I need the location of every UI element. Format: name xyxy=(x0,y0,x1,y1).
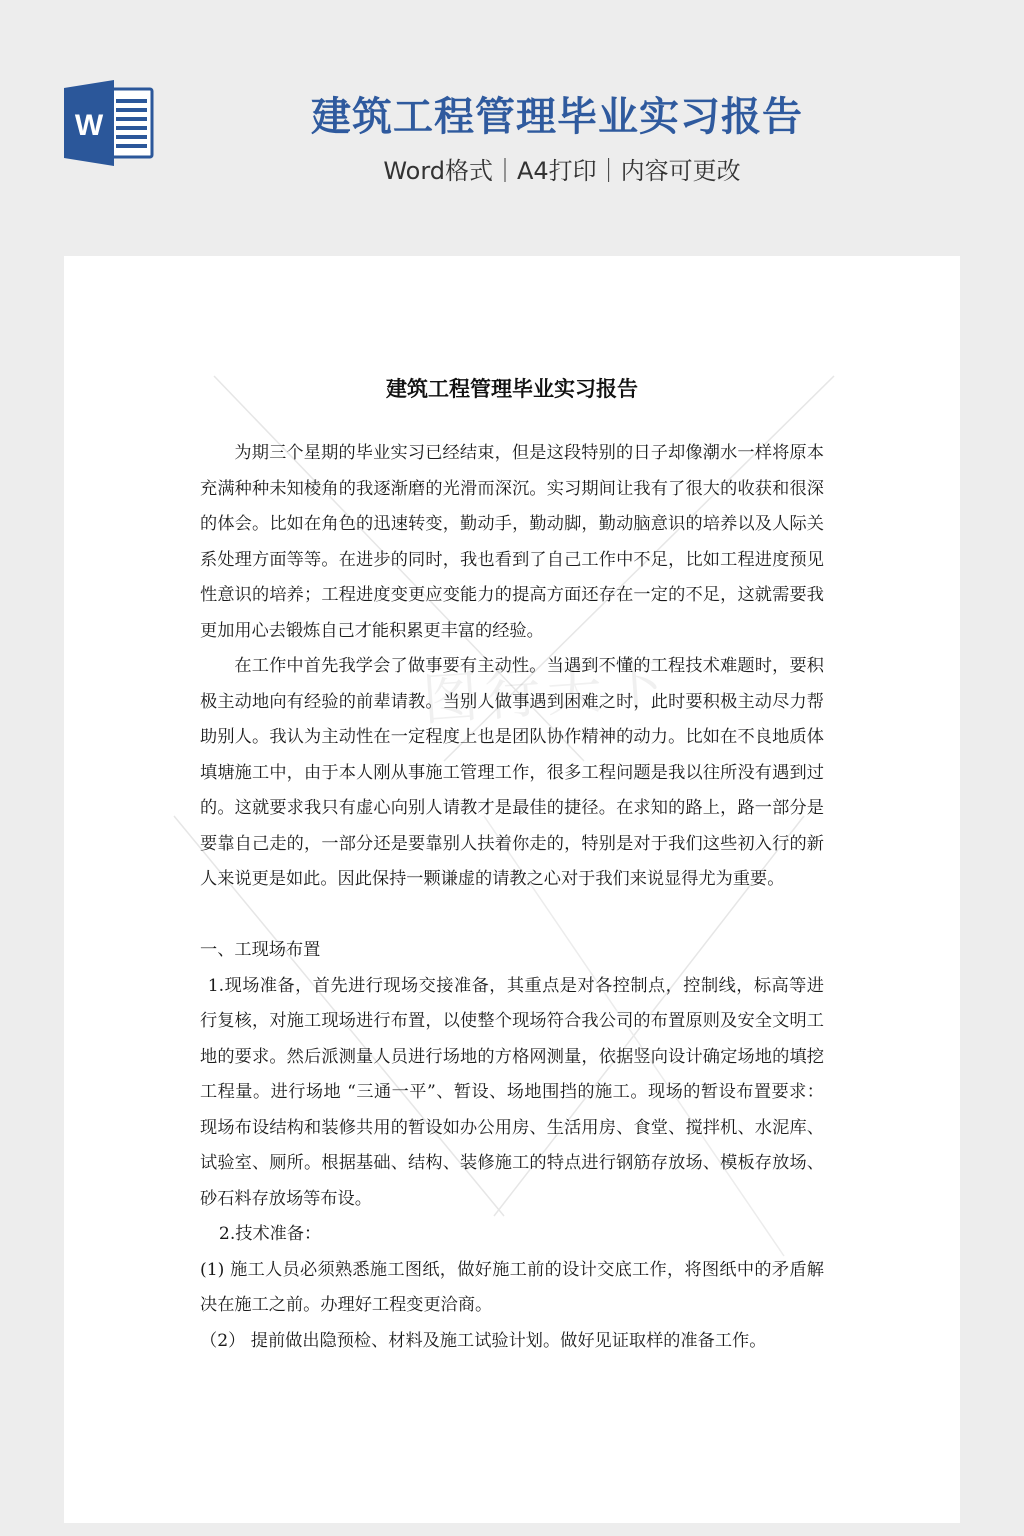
banner-title: 建筑工程管理毕业实习报告 xyxy=(0,92,1024,142)
paragraph: 为期三个星期的毕业实习已经结束，但是这段特别的日子却像潮水一样将原本充满种种未知… xyxy=(200,436,824,649)
banner-subtitle: Word格式｜A4打印｜内容可更改 xyxy=(0,154,1024,188)
list-item-heading: 2.技术准备： xyxy=(200,1217,824,1253)
list-item: 1.现场准备，首先进行现场交接准备，其重点是对各控制点，控制线，标高等进行复核，… xyxy=(200,969,824,1218)
preview-banner: W 建筑工程管理毕业实习报告 Word格式｜A4打印｜内容可更改 xyxy=(0,0,1024,256)
blank-line xyxy=(200,898,824,934)
document-body: 为期三个星期的毕业实习已经结束，但是这段特别的日子却像潮水一样将原本充满种种未知… xyxy=(200,436,824,1359)
sub-item: （2） 提前做出隐预检、材料及施工试验计划。做好见证取样的准备工作。 xyxy=(200,1324,824,1360)
sub-item: (1) 施工人员必须熟悉施工图纸，做好施工前的设计交底工作，将图纸中的矛盾解决在… xyxy=(200,1253,824,1324)
document-page: 图行天下 建筑工程管理毕业实习报告 为期三个星期的毕业实习已经结束，但是这段特别… xyxy=(64,256,960,1523)
section-heading: 一、工现场布置 xyxy=(200,933,824,969)
paragraph: 在工作中首先我学会了做事要有主动性。当遇到不懂的工程技术难题时，要积极主动地向有… xyxy=(200,649,824,898)
document-title: 建筑工程管理毕业实习报告 xyxy=(64,374,960,404)
